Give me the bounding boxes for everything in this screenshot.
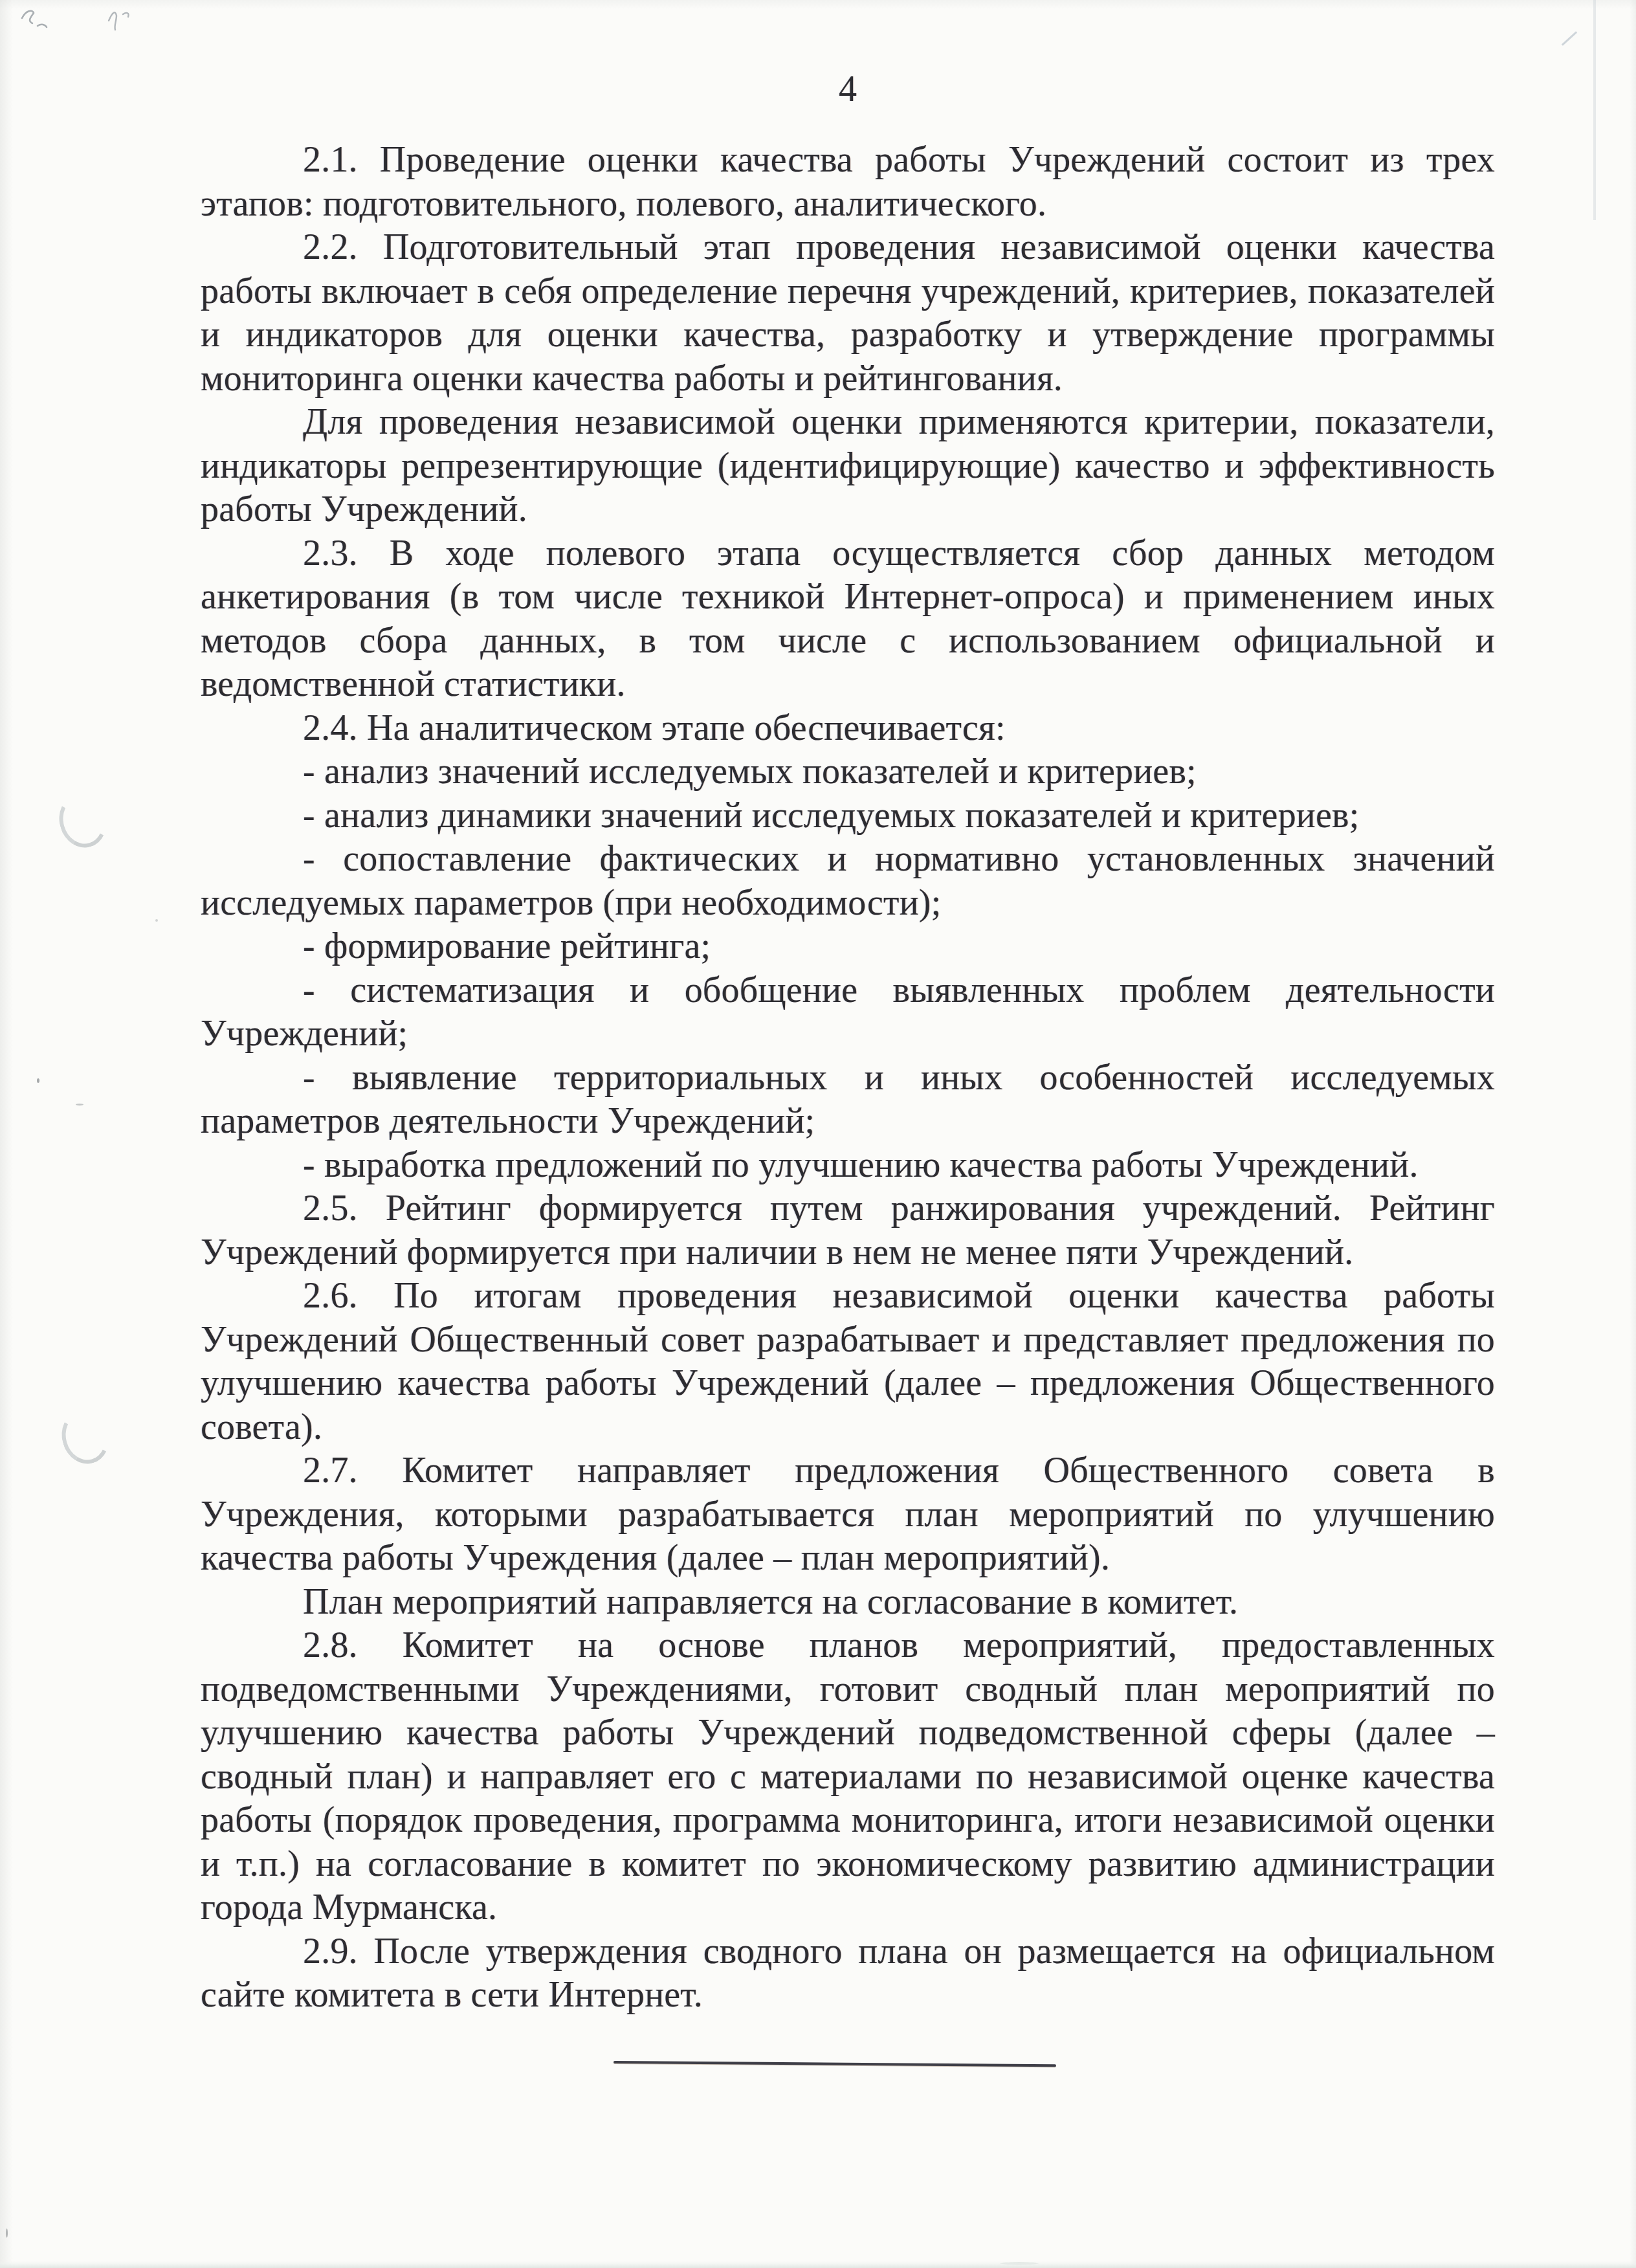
crescent-smudge-mark — [53, 788, 113, 854]
document-body: 2.1. Проведение оценки качества работы У… — [201, 139, 1495, 2018]
paragraph: План мероприятий направляется на согласо… — [201, 1581, 1495, 1625]
paragraph: 2.3. В ходе полевого этапа осуществляетс… — [201, 532, 1495, 707]
paragraph: - выявление территориальных и иных особе… — [201, 1056, 1495, 1144]
scan-edge-shading-top — [0, 0, 1636, 9]
pencil-scribble-mark — [18, 4, 141, 38]
paragraph: - выработка предложений по улучшению кач… — [201, 1144, 1495, 1188]
paragraph: - анализ значений исследуемых показателе… — [201, 750, 1495, 794]
scan-speck — [76, 1104, 83, 1106]
crescent-smudge-mark — [56, 1405, 115, 1470]
paragraph: 2.7. Комитет направляет предложения Обще… — [201, 1449, 1495, 1581]
paragraph: - систематизация и обобщение выявленных … — [201, 969, 1495, 1056]
paragraph: 2.6. По итогам проведения независимой оц… — [201, 1274, 1495, 1449]
paragraph: 2.1. Проведение оценки качества работы У… — [201, 139, 1495, 226]
bottom-scan-edge — [0, 2261, 1636, 2268]
scan-edge-shading-left — [0, 0, 13, 2268]
scan-edge-shading-right — [1630, 0, 1636, 2268]
paragraph: 2.4. На аналитическом этапе обеспечивает… — [201, 707, 1495, 751]
end-separator-line — [613, 2061, 1056, 2067]
scan-speck — [37, 1078, 39, 1083]
scan-speck — [155, 919, 158, 922]
paragraph: - сопоставление фактических и нормативно… — [201, 838, 1495, 925]
scan-streak-mark — [1593, 0, 1596, 220]
scan-speck — [6, 2229, 8, 2238]
page-number: 4 — [201, 67, 1495, 111]
paragraph: - анализ динамики значений исследуемых п… — [201, 794, 1495, 838]
paragraph: - формирование рейтинга; — [201, 925, 1495, 969]
paragraph: Для проведения независимой оценки примен… — [201, 401, 1495, 532]
paragraph: 2.5. Рейтинг формируется путем ранжирова… — [201, 1187, 1495, 1274]
diagonal-scratch-mark — [1562, 31, 1577, 45]
paragraph: 2.2. Подготовительный этап проведения не… — [201, 226, 1495, 401]
scanned-document-page: 4 2.1. Проведение оценки качества работы… — [0, 0, 1636, 2268]
paragraph: 2.9. После утверждения сводного плана он… — [201, 1930, 1495, 2018]
paragraph: 2.8. Комитет на основе планов мероприяти… — [201, 1624, 1495, 1930]
